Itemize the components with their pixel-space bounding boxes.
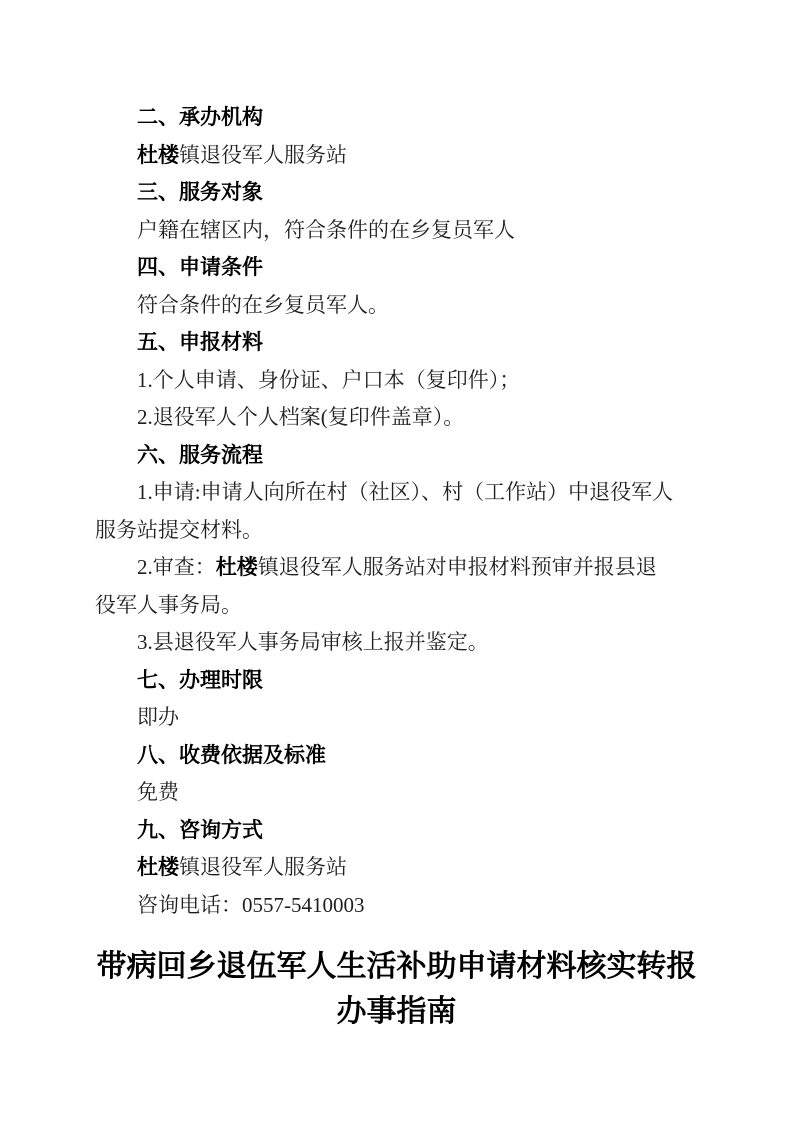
document-body: 二、承办机构 杜楼镇退役军人服务站 三、服务对象 户籍在辖区内，符合条件的在乡复…: [95, 99, 698, 1034]
paragraph-text-continued: 役军人事务局。: [95, 593, 242, 617]
paragraph-text: 镇退役军人服务站: [179, 143, 347, 167]
section-heading-5: 五、申报材料: [95, 324, 698, 362]
paragraph-service-target: 户籍在辖区内，符合条件的在乡复员军人: [95, 212, 698, 250]
paragraph-material-1: 1.个人申请、身份证、户口本（复印件）；: [95, 362, 698, 400]
paragraph-lead: 2.审查：: [137, 555, 216, 579]
paragraph-text-continued: 服务站提交材料。: [95, 518, 263, 542]
town-name-bold: 杜楼: [137, 856, 179, 879]
paragraph-flow-3: 3.县退役军人事务局审核上报并鉴定。: [95, 624, 698, 662]
document-page: 二、承办机构 杜楼镇退役军人服务站 三、服务对象 户籍在辖区内，符合条件的在乡复…: [0, 0, 793, 1122]
paragraph-flow-2: 2.审查：杜楼镇退役军人服务站对申报材料预审并报县退役军人事务局。: [95, 549, 698, 624]
section-heading-6: 六、服务流程: [95, 437, 698, 475]
paragraph-text: 1.申请:申请人向所在村（社区）、村（工作站）中退役军人: [137, 480, 673, 504]
paragraph-text: 镇退役军人服务站: [179, 855, 347, 879]
town-name-bold: 杜楼: [216, 556, 258, 579]
section-heading-7: 七、办理时限: [95, 662, 698, 700]
title-line-1: 带病回乡退伍军人生活补助申请材料核实转报: [95, 944, 698, 989]
paragraph-material-2: 2.退役军人个人档案(复印件盖章）。: [95, 399, 698, 437]
next-guide-title: 带病回乡退伍军人生活补助申请材料核实转报办事指南: [95, 944, 698, 1034]
section-heading-2: 二、承办机构: [95, 99, 698, 137]
section-heading-3: 三、服务对象: [95, 174, 698, 212]
paragraph-apply-condition: 符合条件的在乡复员军人。: [95, 287, 698, 325]
town-name-bold: 杜楼: [137, 144, 179, 167]
paragraph-organizer: 杜楼镇退役军人服务站: [95, 137, 698, 175]
paragraph-contact-org: 杜楼镇退役军人服务站: [95, 849, 698, 887]
title-line-2: 办事指南: [95, 989, 698, 1034]
paragraph-text: 镇退役军人服务站对申报材料预审并报县退: [258, 555, 657, 579]
paragraph-flow-1: 1.申请:申请人向所在村（社区）、村（工作站）中退役军人服务站提交材料。: [95, 474, 698, 549]
paragraph-contact-phone: 咨询电话：0557-5410003: [95, 887, 698, 925]
section-heading-4: 四、申请条件: [95, 249, 698, 287]
section-heading-8: 八、收费依据及标准: [95, 737, 698, 775]
paragraph-time-limit: 即办: [95, 699, 698, 737]
paragraph-fee: 免费: [95, 774, 698, 812]
section-heading-9: 九、咨询方式: [95, 812, 698, 850]
